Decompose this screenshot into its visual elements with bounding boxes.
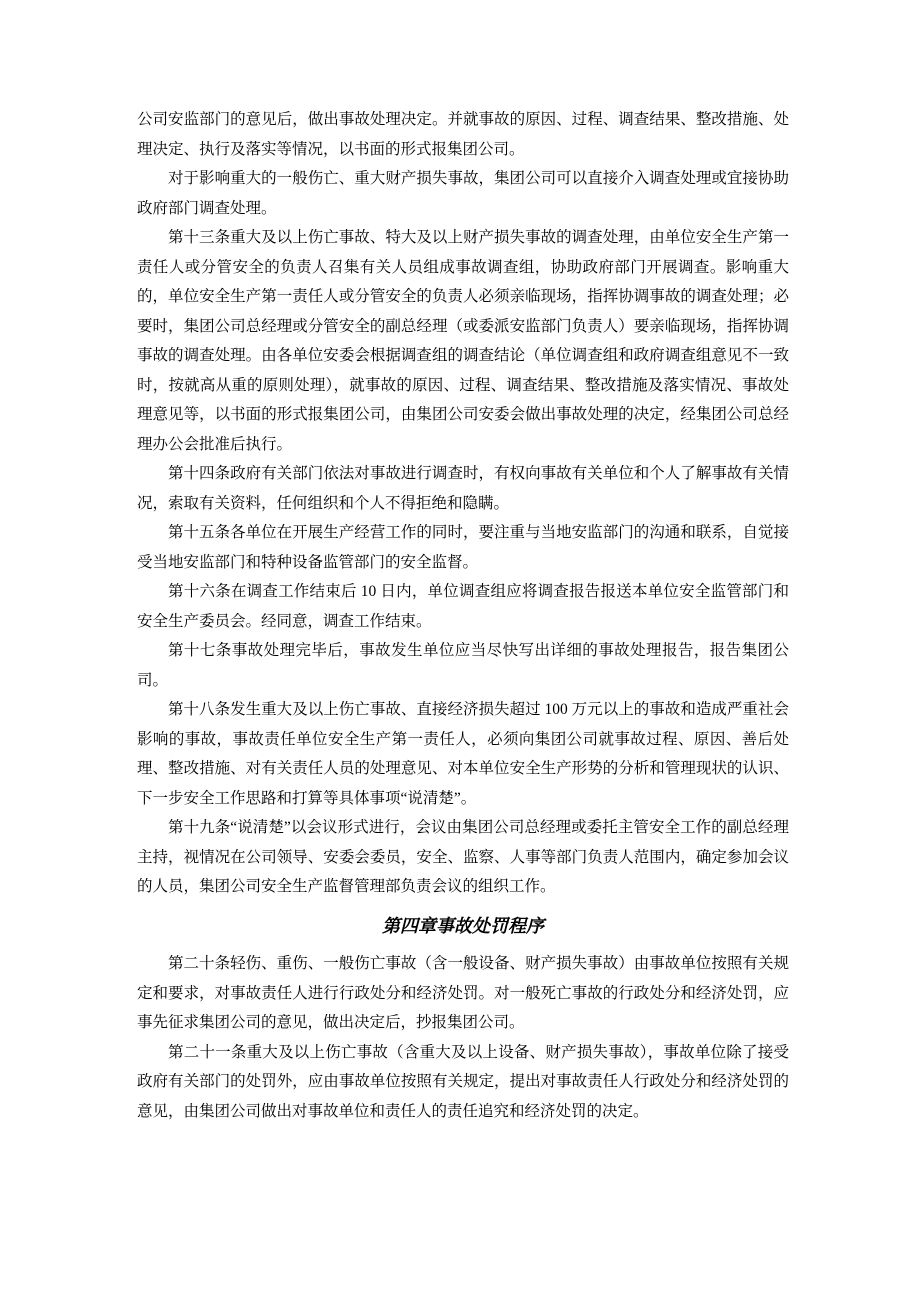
paragraph-article-19: 第十九条“说清楚”以会议形式进行，会议由集团公司总经理或委托主管安全工作的副总经… xyxy=(137,813,789,902)
paragraph-article-15: 第十五条各单位在开展生产经营工作的同时，要注重与当地安监部门的沟通和联系，自觉接… xyxy=(137,518,789,577)
paragraph-article-21: 第二十一条重大及以上伤亡事故（含重大及以上设备、财产损失事故），事故单位除了接受… xyxy=(137,1038,789,1127)
paragraph-article-20: 第二十条轻伤、重伤、一般伤亡事故（含一般设备、财产损失事故）由事故单位按照有关规… xyxy=(137,949,789,1038)
paragraph-article-16: 第十六条在调查工作结束后 10 日内，单位调查组应将调查报告报送本单位安全监管部… xyxy=(137,577,789,636)
paragraph-article-13: 第十三条重大及以上伤亡事故、特大及以上财产损失事故的调查处理，由单位安全生产第一… xyxy=(137,223,789,459)
paragraph-article-14: 第十四条政府有关部门依法对事故进行调查时，有权向事故有关单位和个人了解事故有关情… xyxy=(137,459,789,518)
chapter-4-heading: 第四章事故处罚程序 xyxy=(137,912,789,942)
paragraph-article-18: 第十八条发生重大及以上伤亡事故、直接经济损失超过 100 万元以上的事故和造成严… xyxy=(137,695,789,813)
paragraph-major-impact-accidents: 对于影响重大的一般伤亡、重大财产损失事故，集团公司可以直接介入调查处理或宜接协助… xyxy=(137,164,789,223)
document-text-block: 公司安监部门的意见后，做出事故处理决定。并就事故的原因、过程、调查结果、整改措施… xyxy=(137,105,789,1126)
paragraph-article-17: 第十七条事故处理完毕后，事故发生单位应当尽快写出详细的事故处理报告，报告集团公司… xyxy=(137,636,789,695)
document-page: 公司安监部门的意见后，做出事故处理决定。并就事故的原因、过程、调查结果、整改措施… xyxy=(0,0,920,1301)
paragraph-continuation-report: 公司安监部门的意见后，做出事故处理决定。并就事故的原因、过程、调查结果、整改措施… xyxy=(137,105,789,164)
